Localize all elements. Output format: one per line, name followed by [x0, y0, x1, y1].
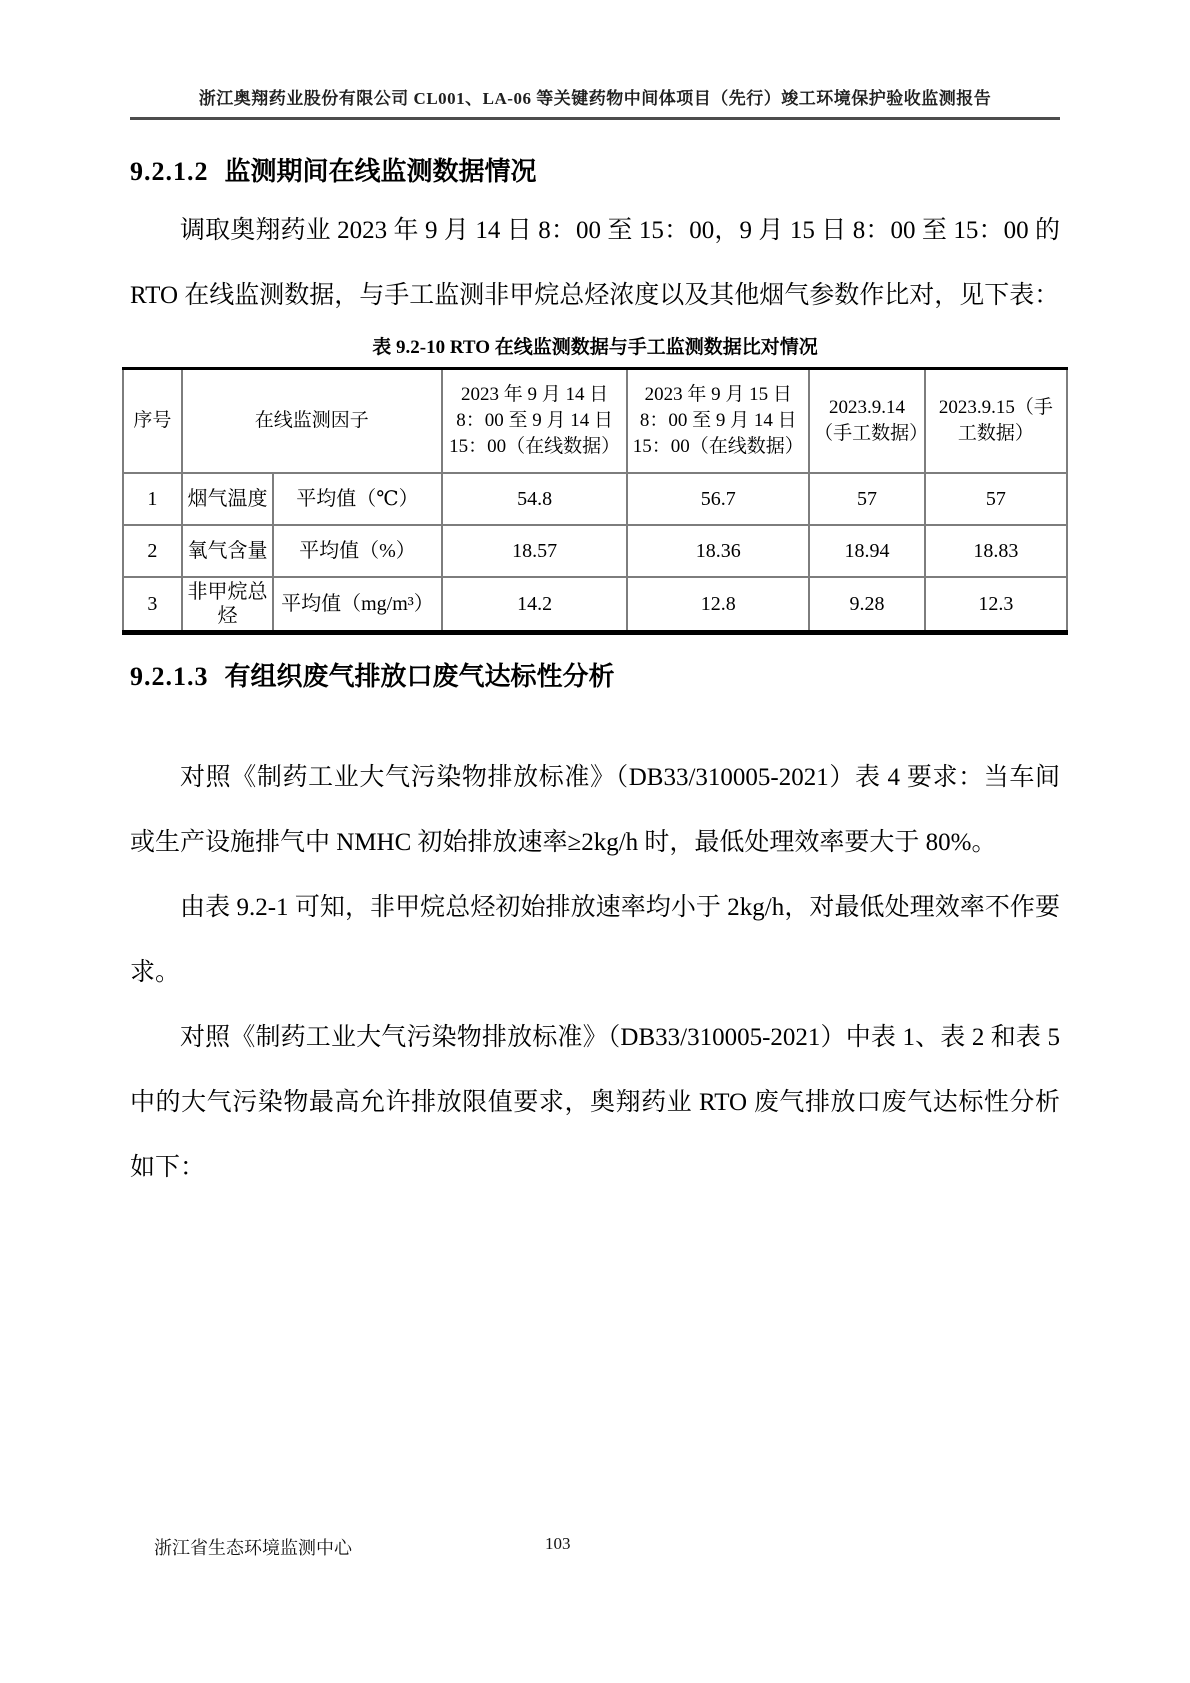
footer-page-number: 103 [545, 1534, 571, 1554]
cell-manual-0914: 9.28 [809, 577, 925, 633]
header-cell-manual-0915: 2023.9.15（手工数据） [925, 369, 1067, 473]
header-cell-manual-0914: 2023.9.14（手工数据） [809, 369, 925, 473]
cell-no: 3 [123, 577, 182, 633]
cell-online-0915: 12.8 [627, 577, 809, 633]
paragraph-intro: 调取奥翔药业 2023 年 9 月 14 日 8：00 至 15：00，9 月 … [130, 198, 1060, 328]
paragraph-limit-analysis: 对照《制药工业大气污染物排放标准》（DB33/310005-2021）中表 1、… [130, 1005, 1060, 1200]
header-title: 浙江奥翔药业股份有限公司 CL001、LA-06 等关键药物中间体项目（先行）竣… [199, 89, 991, 108]
section-number: 9.2.1.3 [130, 662, 209, 691]
section-title: 监测期间在线监测数据情况 [225, 157, 537, 186]
cell-metric: 平均值（mg/m³） [273, 577, 442, 633]
section-title: 有组织废气排放口废气达标性分析 [225, 662, 615, 691]
cell-online-0914: 54.8 [442, 473, 628, 525]
table-row: 2 氧气含量 平均值（%） 18.57 18.36 18.94 18.83 [123, 525, 1067, 577]
cell-factor: 烟气温度 [182, 473, 273, 525]
cell-manual-0914: 57 [809, 473, 925, 525]
section-heading-9213: 9.2.1.3有组织废气排放口废气达标性分析 [130, 659, 1060, 695]
cell-online-0914: 14.2 [442, 577, 628, 633]
table-row: 1 烟气温度 平均值（℃） 54.8 56.7 57 57 [123, 473, 1067, 525]
table-row: 3 非甲烷总烃 平均值（mg/m³） 14.2 12.8 9.28 12.3 [123, 577, 1067, 633]
cell-no: 1 [123, 473, 182, 525]
cell-factor: 非甲烷总烃 [182, 577, 273, 633]
section-number: 9.2.1.2 [130, 157, 209, 186]
cell-metric: 平均值（℃） [273, 473, 442, 525]
table-header-row: 序号 在线监测因子 2023 年 9 月 14 日 8：00 至 9 月 14 … [123, 369, 1067, 473]
paragraph-standard-req: 对照《制药工业大气污染物排放标准》（DB33/310005-2021）表 4 要… [130, 745, 1060, 875]
page-footer: 浙江省生态环境监测中心 103 [130, 1534, 1060, 1562]
cell-no: 2 [123, 525, 182, 577]
cell-manual-0915: 57 [925, 473, 1067, 525]
cell-manual-0914: 18.94 [809, 525, 925, 577]
cell-online-0915: 18.36 [627, 525, 809, 577]
header-cell-no: 序号 [123, 369, 182, 473]
page-header: 浙江奥翔药业股份有限公司 CL001、LA-06 等关键药物中间体项目（先行）竣… [130, 0, 1060, 120]
cell-factor: 氧气含量 [182, 525, 273, 577]
paragraph-rate-analysis: 由表 9.2-1 可知，非甲烷总烃初始排放速率均小于 2kg/h，对最低处理效率… [130, 875, 1060, 1005]
header-cell-factor: 在线监测因子 [182, 369, 442, 473]
section-heading-9212: 9.2.1.2监测期间在线监测数据情况 [130, 154, 1060, 190]
footer-organization: 浙江省生态环境监测中心 [154, 1534, 352, 1560]
table-title: 表 9.2-10 RTO 在线监测数据与手工监测数据比对情况 [130, 334, 1060, 362]
cell-metric: 平均值（%） [273, 525, 442, 577]
cell-manual-0915: 12.3 [925, 577, 1067, 633]
document-page: 浙江奥翔药业股份有限公司 CL001、LA-06 等关键药物中间体项目（先行）竣… [0, 0, 1190, 1683]
cell-online-0915: 56.7 [627, 473, 809, 525]
header-cell-online-0915: 2023 年 9 月 15 日 8：00 至 9 月 14 日 15：00（在线… [627, 369, 809, 473]
cell-online-0914: 18.57 [442, 525, 628, 577]
comparison-table: 序号 在线监测因子 2023 年 9 月 14 日 8：00 至 9 月 14 … [122, 367, 1068, 635]
header-cell-online-0914: 2023 年 9 月 14 日 8：00 至 9 月 14 日 15：00（在线… [442, 369, 628, 473]
cell-manual-0915: 18.83 [925, 525, 1067, 577]
